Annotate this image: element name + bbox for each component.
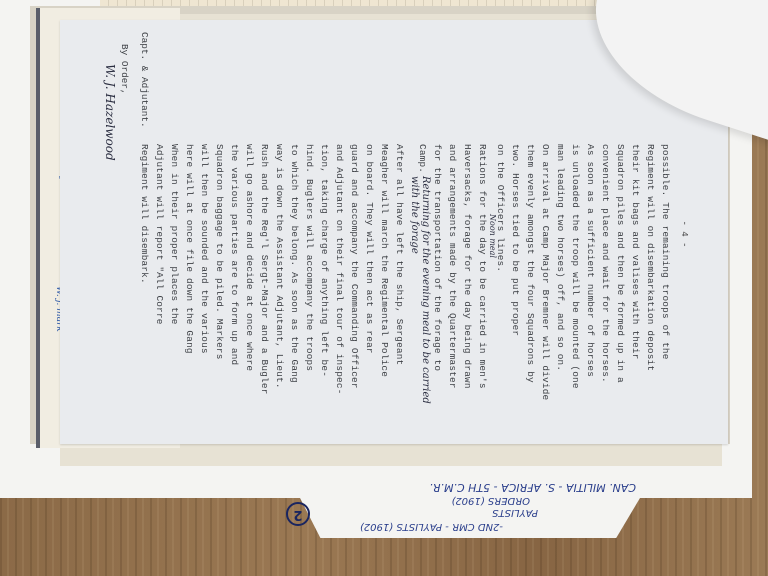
folder-tab-line-1: CAN. MILITIA - S. AFRICA - 5TH C.M.R. <box>429 481 636 494</box>
signature: W. J. Hazelwood <box>103 64 117 161</box>
text-line: Adjutant will report "All Corre <box>154 144 165 325</box>
text-line: two. Horses tied to be put proper <box>510 144 521 336</box>
folder-tab-line-3: PAYLISTS <box>492 506 538 519</box>
text-line: As soon as a sufficient number of horses <box>585 144 596 377</box>
text-line: When in their proper places the <box>169 144 180 325</box>
text-line: to which they belong. As soon as the Gan… <box>289 144 300 383</box>
text-line: Squadron piles and then be formed up in … <box>615 144 626 383</box>
text-line: Meagher will march the Regimental Police <box>379 144 390 377</box>
text-line: Squadron baggage to be piled. Markers <box>214 144 225 360</box>
page-content-rotated: - 4 - possible. The remaining troops of … <box>85 24 685 444</box>
text-line: their kit bags and valises with their <box>630 144 641 360</box>
text-line: Rations for the day to be carried in men… <box>477 144 488 389</box>
text-line: tion, taking charge of anything left be- <box>319 144 330 377</box>
text-line: them evenly amongst the four Squadrons b… <box>525 144 536 383</box>
text-line: convenient place and wait for the horses… <box>600 144 611 383</box>
text-line: here will at once file down the Gang <box>184 144 195 354</box>
text-line: way is down the Assistant Adjutant, Lieu… <box>274 144 285 389</box>
folder-tab-label: CAN. MILITIA - S. AFRICA - 5TH C.M.R. OR… <box>318 470 638 536</box>
text-line: Regiment will on disembarkation deposit <box>645 144 656 371</box>
folder-tab-number: 2 <box>286 502 310 526</box>
text-line: is unloaded the troop will be mounted (o… <box>570 144 581 389</box>
closing-by-order: By Order, <box>119 44 130 95</box>
page-number: - 4 - <box>679 24 689 444</box>
handwritten-annotation: Returning for the evening meal to be car… <box>409 176 431 416</box>
text-line: and arrangements made by the Quartermast… <box>447 144 458 389</box>
text-line: will then be sounded and the various <box>199 144 210 354</box>
folder-tab-line-4: -2ND CMR - PAYLISTS (1902) <box>360 520 503 533</box>
text-line: Camp. <box>417 144 428 173</box>
text-line: man leading two horses) off, and so on. <box>555 144 566 371</box>
text-line: Haversacks, forage for the day being dra… <box>462 144 473 389</box>
text-line: on board. They will then act as rear <box>364 144 375 354</box>
text-line: Regiment will disembark. <box>139 144 150 284</box>
text-line: After all have left the ship, Sergeant <box>394 144 405 365</box>
text-line: possible. The remaining troops of the <box>660 144 671 360</box>
text-line: guard and accompany the Commanding Offic… <box>349 144 360 389</box>
text-line: hind. Buglers will accompany the troops <box>304 144 315 371</box>
text-line: On arrival at Camp Major Bremner will di… <box>540 144 551 400</box>
handwritten-insert: Noon meal <box>488 214 497 258</box>
signatory-title: Capt. & Adjutant. <box>139 32 150 128</box>
text-line: and Adjutant on their final tour of insp… <box>334 144 345 395</box>
text-line: Rush and the Reg'l Sergt-Major and a Bug… <box>259 144 270 395</box>
text-line: for the transportation of the forage to <box>432 144 443 371</box>
text-line: will go ashore and decide at once where <box>244 144 255 371</box>
text-line: the various parties are to form up and <box>229 144 240 365</box>
